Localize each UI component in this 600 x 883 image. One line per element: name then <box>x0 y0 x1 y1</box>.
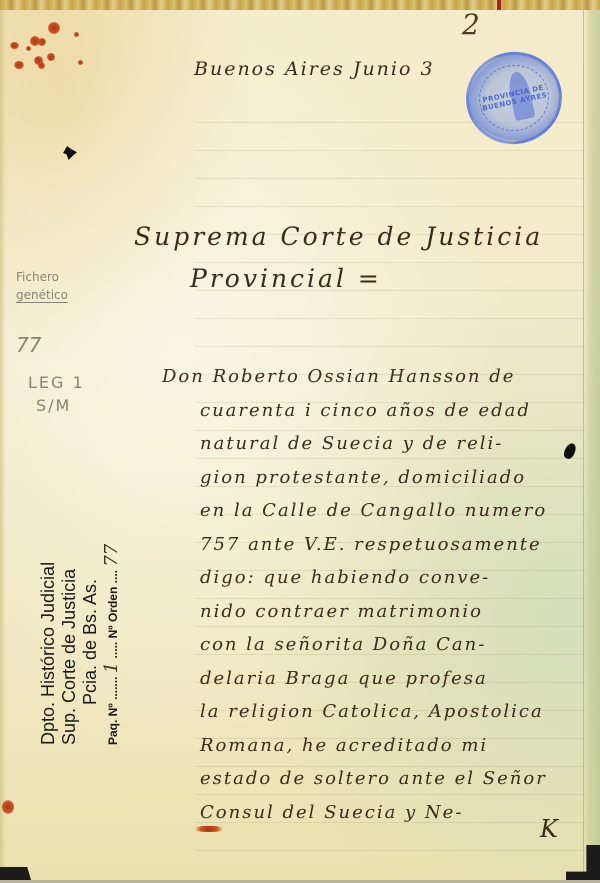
addressee-line-1: Suprema Corte de Justicia <box>134 222 543 251</box>
ink-hole <box>63 146 77 160</box>
footer-mark: K <box>540 815 560 843</box>
document-page: 2 PROVINCIA DE BUENOS AYRES Buenos Aires… <box>0 0 600 883</box>
red-tab-mark <box>497 0 501 10</box>
body-line: en la Calle de Cangallo numero <box>200 500 547 521</box>
dots: ..... <box>106 642 120 659</box>
rust-stain <box>14 61 24 69</box>
margin-note-fichero: Fichero <box>16 270 59 284</box>
body-line: cuarenta i cinco años de edad <box>200 400 531 421</box>
rust-stain <box>38 38 46 46</box>
archive-stamp-line-1: Dpto. Histórico Judicial <box>38 505 59 745</box>
archive-stamp: Dpto. Histórico Judicial Sup. Corte de J… <box>38 505 138 745</box>
rust-stain <box>195 826 223 832</box>
body-line: natural de Suecia y de reli- <box>200 433 503 454</box>
page-right-edge <box>583 10 600 883</box>
body-line: 757 ante V.E. respetuosamente <box>200 534 542 555</box>
body-line: con la señorita Doña Can- <box>200 634 486 655</box>
body-line: Consul del Suecia y Ne- <box>200 802 463 823</box>
margin-note-legajo: LEG 1 <box>28 373 85 392</box>
rust-stain <box>2 800 14 814</box>
rust-stain <box>74 32 79 37</box>
paq-value: 1 <box>101 662 122 673</box>
body-line: delaria Braga que profesa <box>200 668 488 689</box>
page-number: 2 <box>462 8 480 41</box>
rust-stain <box>10 42 19 49</box>
body-line: estado de soltero ante el Señor <box>200 768 547 789</box>
rust-stain <box>48 22 60 34</box>
addressee-line-2: Provincial = <box>190 264 382 293</box>
margin-note-sm: S/M <box>36 396 71 415</box>
scan-top-edge <box>0 0 600 10</box>
archive-stamp-line-4: Paq. Nº ....... 1 ..... Nº Orden .... 77 <box>101 505 124 745</box>
rust-stain <box>47 53 55 61</box>
rust-stain <box>78 60 83 65</box>
dots: ....... <box>106 677 120 700</box>
orden-label: Nº Orden <box>106 587 120 639</box>
archive-stamp-line-2: Sup. Corte de Justicia <box>59 505 80 745</box>
page-left-edge <box>0 10 6 883</box>
body-line: la religion Catolica, Apostolica <box>200 701 544 722</box>
rust-stain <box>38 62 45 69</box>
body-line: digo: que habiendo conve- <box>200 567 490 588</box>
margin-note-genetico: genético <box>16 288 68 303</box>
margin-note-number: 77 <box>16 333 41 357</box>
body-line: nido contraer matrimonio <box>200 601 483 622</box>
body-line: Romana, he acreditado mi <box>200 735 488 756</box>
archive-stamp-line-3: Pcia. de Bs. As. <box>80 505 101 745</box>
rust-stain <box>26 46 31 51</box>
date-line: Buenos Aires Junio 3 <box>194 58 435 80</box>
dots: .... <box>106 570 120 583</box>
body-line: gion protestante, domiciliado <box>200 467 526 488</box>
paq-label: Paq. Nº <box>106 703 120 745</box>
body-line: Don Roberto Ossian Hansson de <box>162 366 515 387</box>
orden-value: 77 <box>101 544 122 567</box>
